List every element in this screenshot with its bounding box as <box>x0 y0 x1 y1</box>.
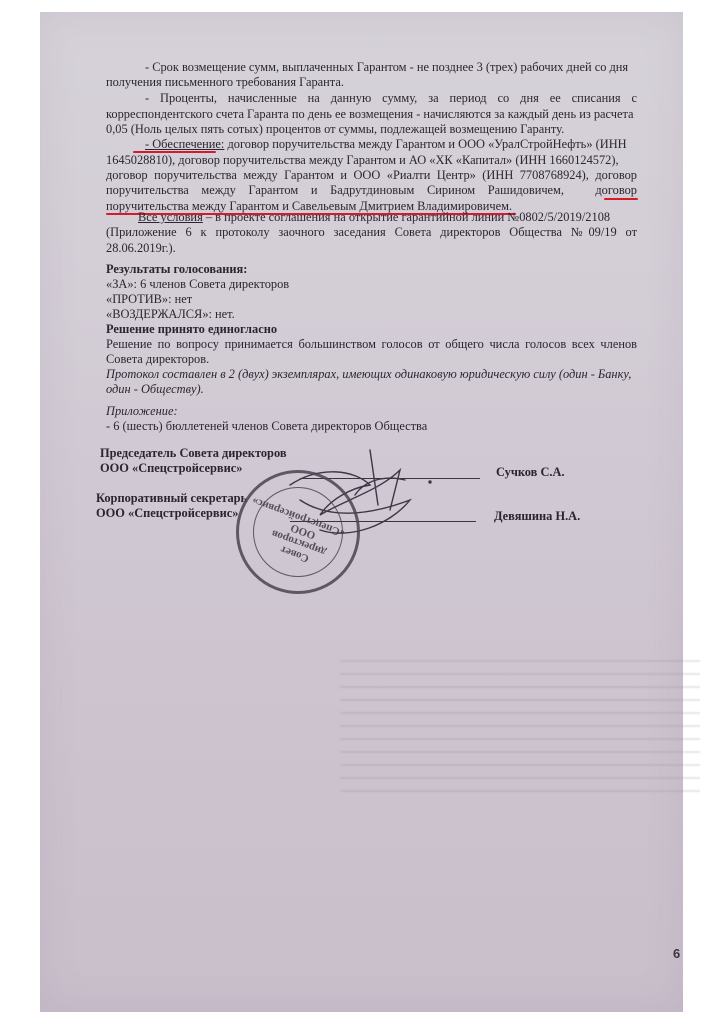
voting-title: Результаты голосования: <box>106 262 247 277</box>
paragraph-3-line-1: - Обеспечение: договор поручительства ме… <box>145 137 627 152</box>
chairman-role: Председатель Совета директоров <box>100 446 287 461</box>
paragraph-1-line-1: - Срок возмещение сумм, выплаченных Гара… <box>145 60 628 75</box>
paragraph-3-line-3: договор поручительства между Гарантом и … <box>106 168 637 183</box>
surety-badrutdinov: поручительства между Гарантом и Бадрутди… <box>106 183 564 198</box>
paragraph-2-line-1: - Проценты, начисленные на данную сумму,… <box>145 91 637 106</box>
copies-line-2: один - Обществу). <box>106 382 204 397</box>
security-text: договор поручительства между Гарантом и … <box>228 137 627 151</box>
secretary-name: Девяшина Н.А. <box>494 509 580 524</box>
all-conditions-text: – в проекте соглашения на открытие гаран… <box>206 210 610 224</box>
company-seal-stamp: Совет директоров ООО «Спецстройсервис» <box>236 470 360 594</box>
decision-rule-line-1: Решение по вопросу принимается большинст… <box>106 337 637 352</box>
voting-against: «ПРОТИВ»: нет <box>106 292 192 307</box>
surety-contract-word: договор <box>595 183 637 198</box>
paragraph-1-line-2: получения письменного требования Гаранта… <box>106 75 344 90</box>
page-number: 6 <box>673 946 680 961</box>
voting-abstained: «ВОЗДЕРЖАЛСЯ»: нет. <box>106 307 235 322</box>
paragraph-4-line-3: 28.06.2019г.). <box>106 241 176 256</box>
paragraph-2-line-2: корреспондентского счета Гаранта по день… <box>106 107 634 122</box>
paragraph-3-line-2: 1645028810), договор поручительства межд… <box>106 153 619 168</box>
copies-line-1: Протокол составлен в 2 (двух) экземпляра… <box>106 367 631 382</box>
security-label: - Обеспечение: <box>145 137 224 151</box>
paragraph-4-line-1: Все условия – в проекте соглашения на от… <box>138 210 610 225</box>
paragraph-4-line-2: (Приложение 6 к протоколу заочного засед… <box>106 225 637 240</box>
chairman-company: ООО «Спецстройсервис» <box>100 461 242 476</box>
secretary-role: Корпоративный секретарь <box>96 491 247 506</box>
voting-for: «ЗА»: 6 членов Совета директоров <box>106 277 289 292</box>
decision-unanimous: Решение принято единогласно <box>106 322 277 337</box>
decision-rule-line-2: Совета директоров. <box>106 352 209 367</box>
paragraph-3-line-4: поручительства между Гарантом и Бадрутди… <box>106 183 637 198</box>
appendix-title: Приложение: <box>106 404 178 419</box>
paragraph-2-line-3: 0,05 (Ноль целых пять сотых) процентов о… <box>106 122 564 137</box>
all-conditions-label: Все условия <box>138 210 203 224</box>
secretary-company: ООО «Спецстройсервис» <box>96 506 238 521</box>
bleed-through-text <box>340 652 700 802</box>
red-underline-contract <box>604 198 638 200</box>
chairman-name: Сучков С.А. <box>496 465 565 480</box>
